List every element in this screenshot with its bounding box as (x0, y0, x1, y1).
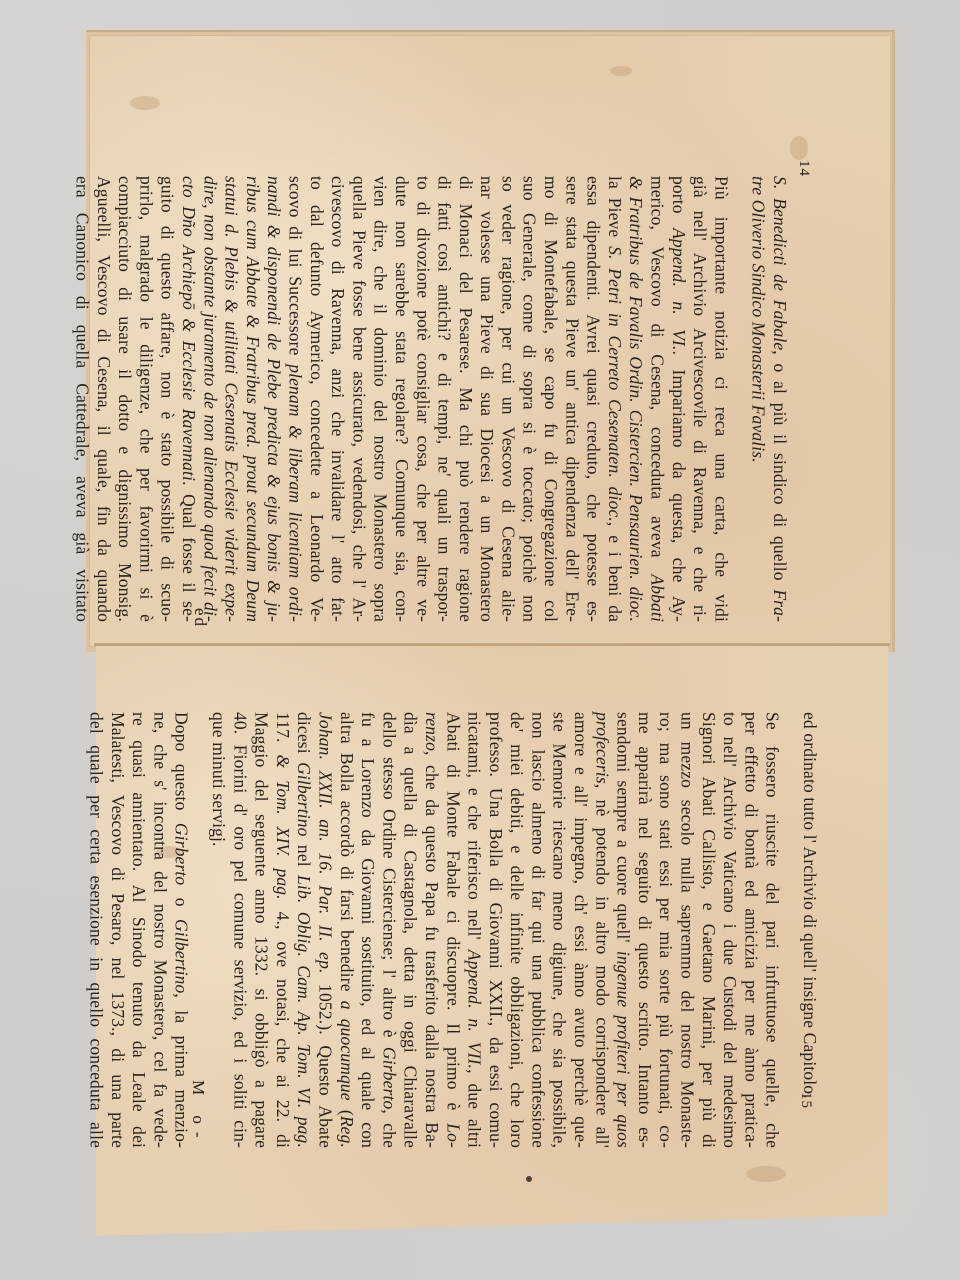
text-line: guito di questo affare, non è stato poss… (156, 176, 177, 622)
text-line: nar volesse una Pieve di sua Diocesi a u… (476, 176, 497, 622)
text-line: cto Dño Archiepō & Ecclesie Ravennati. Q… (178, 176, 199, 622)
text-line: Abati di Monte Fabale ci discuopre. Il p… (442, 712, 463, 1148)
text-line: compiacciuto di usare il dotto e digniss… (114, 176, 135, 622)
text-line: sere stata questa Pieve un' antica dipen… (561, 176, 582, 622)
catchword: M o- (188, 1080, 208, 1146)
text-line: dicesi Gilbertino nel Lib. Oblig. Cam. A… (293, 712, 314, 1148)
foxing-spot (130, 96, 160, 110)
text-line: ne, che s' incontra del nostro Monastero… (149, 712, 170, 1148)
text-line: vien dire, che il dominio del nostro Mon… (369, 176, 390, 622)
text-line: 40. Fiorini d' oro pel comune servizio, … (229, 712, 250, 1148)
text-line: dute non sarebbe stata regolare? Comunqu… (391, 176, 412, 622)
text-line: del quale per certa esenzione in quello … (85, 712, 106, 1148)
text-line: Maggio del seguente anno 1332. si obblig… (250, 712, 271, 1148)
page-14-body-text: S. Benedicti de Fabale, o al più il sind… (71, 176, 790, 622)
text-line: profeceris, nè potendo in altro modo cor… (591, 712, 612, 1148)
text-line: sendomi sempre a cuore quell' ingenue pr… (612, 712, 633, 1148)
text-line: ro; ma sono stati essi per mia sorte più… (655, 712, 676, 1148)
catchword: ed (190, 608, 210, 628)
text-line: di fatti così antichi? e di tempi, ne' q… (433, 176, 454, 622)
text-line: to dal defunto Aymerico, concedette a Le… (305, 176, 326, 622)
text-line: fu a Lorenzo da Giovanni sostituito, ed … (357, 712, 378, 1148)
text-line: dire, non obstante juramento de non alie… (199, 176, 220, 622)
text-line: to di divozione potè consigliar cosa, ch… (412, 176, 433, 622)
text-line: altra Bolla accordò di farsi benedire a … (335, 712, 356, 1148)
text-line: que minuti servigj. (208, 712, 229, 1148)
text-line: re quasi annientato. Al Sinodo tenuto da… (128, 712, 149, 1148)
text-line: porto Append. n. VI.. Impariamo da quest… (668, 176, 689, 622)
text-line: dìa a quella di Castagnola, detta in ogg… (399, 712, 420, 1148)
text-line: merico, Vescovo di Cesena, conceduta ave… (646, 176, 667, 622)
text-line: per effetto di bontà ed amicizia per me … (740, 712, 761, 1148)
text-line: essa dipendenti. Avrei quasi creduto, ch… (582, 176, 603, 622)
ink-speck (526, 1176, 532, 1182)
text-line: & Fratribus de Favalis Ordin. Cistercien… (625, 176, 646, 622)
text-line: non lascio almeno di far qui una pubblic… (527, 712, 548, 1148)
text-line: renzo, che da questo Papa fu trasferito … (421, 712, 442, 1148)
text-line: so veder ragione, per cui un Vescovo di … (497, 176, 518, 622)
text-line: Se fossero riuscite del pari infruttuose… (761, 712, 798, 1148)
text-line: statui d. Plebis & utilitati Cesenatis E… (220, 176, 241, 622)
text-line: la Pieve S. Petri in Cerreto Cesenaten. … (604, 176, 625, 622)
text-line: professo. Una Bolla di Giovanni XXII., d… (485, 712, 506, 1148)
text-line: già nell' Archivio Arcivescovile di Rave… (689, 176, 710, 622)
text-line: era Canonico di quella Cattedrale, aveva… (71, 176, 92, 622)
text-line: ribus cum Abbate & Fratribus pred. prout… (242, 176, 263, 622)
text-line: scovo di lui Successore plenam & liberam… (284, 176, 305, 622)
text-line: civescovo di Ravenna, anzi che invalidar… (327, 176, 348, 622)
text-line: Signori Abati Callisto, e Gaetano Marini… (698, 712, 719, 1148)
text-line: me apparirà nel seguito di questo scritt… (634, 712, 655, 1148)
text-line: suo Generale, come di sopra si è toccato… (518, 176, 539, 622)
text-line: ste Memorie riescano meno digiune, che s… (548, 712, 569, 1148)
text-line: Johan. XXII. an. 16. Par. II. ep. 1052.)… (314, 712, 335, 1148)
text-line: tre Oliverio Sindico Monasterii Favalis. (747, 176, 768, 622)
text-line: ed ordinato tutto l' Archivio di quell' … (799, 712, 820, 1148)
text-line: nicatami, e che riferisco nell' Append. … (463, 712, 484, 1148)
text-line: amore e all' impegno, ch' essi ànno avut… (570, 712, 591, 1148)
text-line: de' miei debiti, e delle infinite obblig… (506, 712, 527, 1148)
text-line: S. Benedicti de Fabale, o al più il sind… (769, 176, 790, 622)
foxing-spot (746, 1166, 786, 1182)
text-line: prirlo, malgrado le diligenze, che per f… (135, 176, 156, 622)
text-line: quella Pieve fosse bene assicurato, vede… (348, 176, 369, 622)
text-line: dello stesso Ordine Cisterciense; l' alt… (378, 712, 399, 1148)
text-line: Agueelli, Vescovo di Cesena, il quale, f… (93, 176, 114, 622)
text-line: to nell' Archivio Vaticano i due Custodi… (719, 712, 740, 1148)
text-line: un mezzo secolo nulla sapremmo del nostr… (676, 712, 697, 1148)
page-number: 14 (795, 160, 812, 177)
foxing-spot (610, 66, 632, 76)
text-line: 117. & Tom. XIV. pag. 4., ove notasi, ch… (272, 712, 293, 1148)
foxing-spot (790, 136, 808, 160)
text-line: Più importante notizia ci reca una carta… (710, 176, 747, 622)
text-line: mo di Montefabale, se capo fu di Congreg… (540, 176, 561, 622)
text-line: di Monaci del Pesarese. Ma chi può rende… (455, 176, 476, 622)
text-line: nandi & disponendi de Plebe predicta & e… (263, 176, 284, 622)
text-line: Malatesti, Vescovo di Pesaro, nel 1373.,… (107, 712, 128, 1148)
